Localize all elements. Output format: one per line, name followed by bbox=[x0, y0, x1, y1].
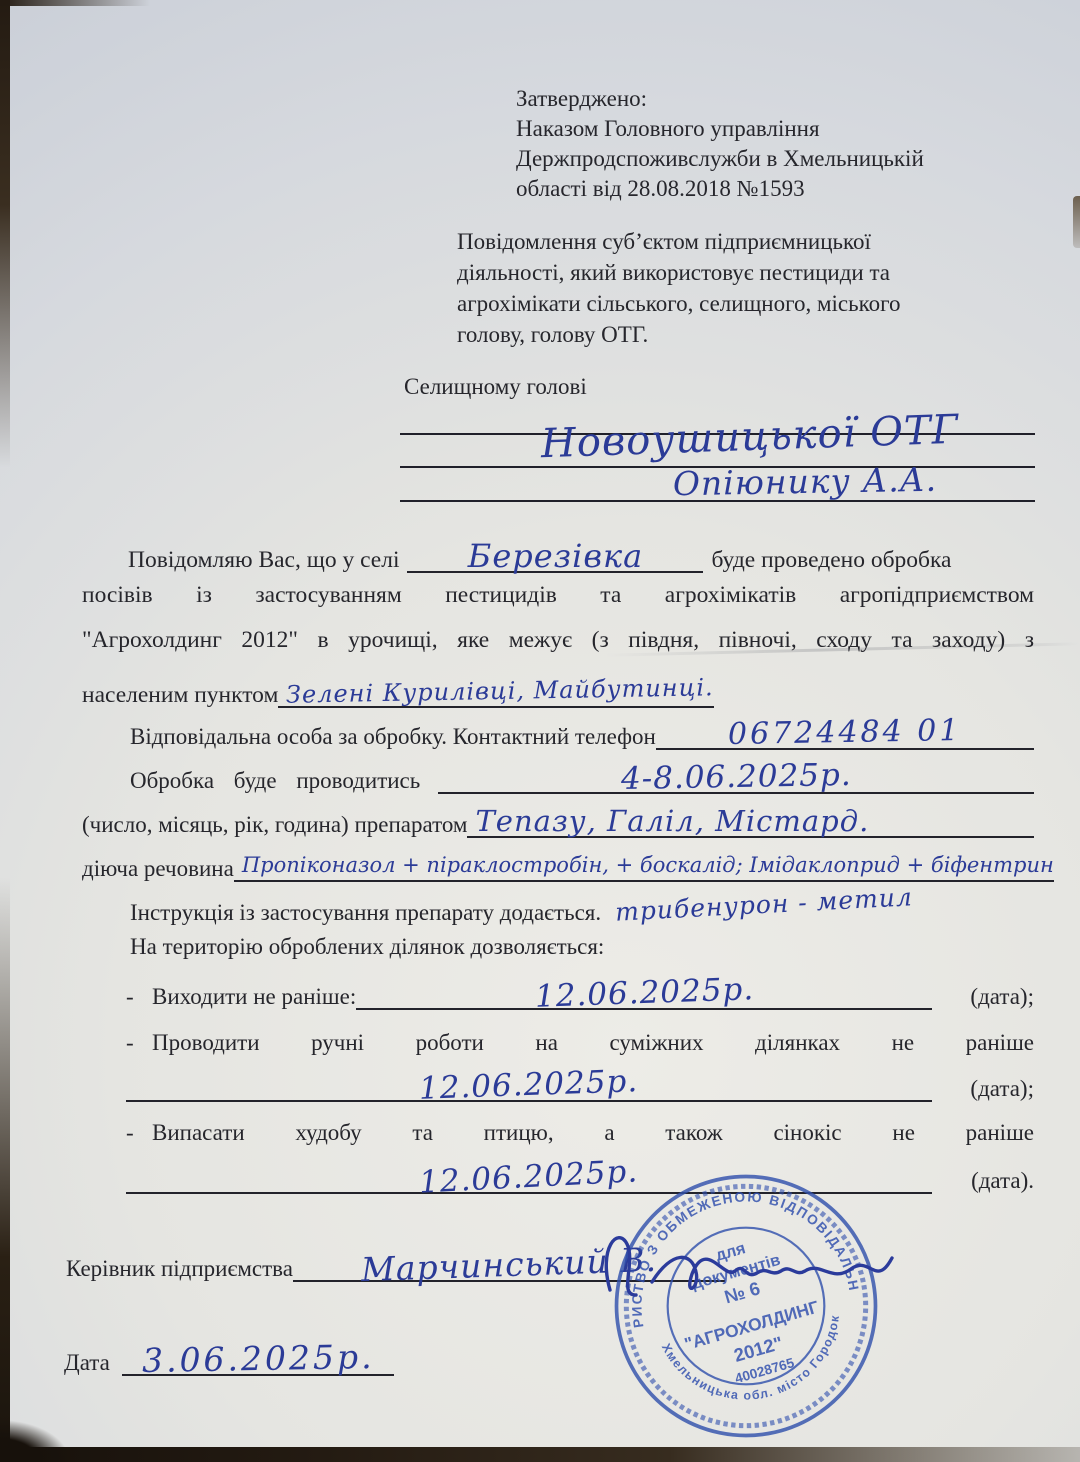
phone-handwriting: 06724484 01 bbox=[728, 716, 962, 750]
rule-2-blank: 12.06.2025р. bbox=[126, 1060, 932, 1102]
rule-row-3b: 12.06.2025р. (дата). bbox=[82, 1152, 1034, 1194]
rule-3-suffix: (дата). bbox=[932, 1168, 1034, 1194]
village-handwriting: Березівка bbox=[468, 541, 643, 571]
substance-handwriting: Пропіконазол + піраклостробін, + боскалі… bbox=[242, 850, 1054, 880]
bullet-dash: - bbox=[126, 984, 152, 1010]
paragraph-line-1: Повідомляю Вас, що у селі Березівка буде… bbox=[82, 528, 1034, 573]
period-row: Обробка буде проводитись 4-8.06.2025р. bbox=[82, 752, 1034, 794]
substance-row: діюча речовина Пропіконазол + піраклостр… bbox=[82, 840, 1050, 882]
rule-1-text: Виходити не раніше: bbox=[152, 984, 356, 1010]
main-paragraph: Повідомляю Вас, що у селі Березівка буде… bbox=[82, 528, 1034, 708]
date-blank: 3.06.2025р. bbox=[122, 1334, 394, 1376]
paragraph-text: Повідомляю Вас, що у селі bbox=[82, 547, 399, 573]
signature-svg bbox=[594, 1210, 900, 1326]
photo-edge-top bbox=[0, 0, 150, 6]
instruction-handwriting: трибенурон - метил bbox=[615, 882, 914, 928]
approval-line: Наказом Головного управління bbox=[516, 114, 924, 144]
subject-line: голову, голову ОТГ. bbox=[457, 319, 900, 350]
substance-blank: Пропіконазол + піраклостробін, + боскалі… bbox=[234, 840, 1054, 882]
rule-row-3a: - Випасати худобу та птицю, а також сіно… bbox=[82, 1104, 1034, 1146]
head-label: Керівник підприємства bbox=[66, 1256, 293, 1282]
subject-line: агрохімікати сільського, селищного, місь… bbox=[457, 288, 900, 319]
allowed-label: На територію оброблених ділянок дозволяє… bbox=[130, 932, 604, 962]
phone-blank: 06724484 01 bbox=[656, 708, 1034, 750]
date-row: Дата 3.06.2025р. bbox=[64, 1334, 394, 1376]
paragraph-text: населеним пунктом bbox=[82, 682, 278, 708]
paragraph-line-4: населеним пунктом Зелені Курилівці, Майб… bbox=[82, 663, 1034, 708]
period-handwriting: 4-8.06.2025р. bbox=[621, 760, 852, 794]
approval-block: Затверджено: Наказом Головного управлінн… bbox=[516, 84, 924, 204]
contact-label: Відповідальна особа за обробку. Контактн… bbox=[130, 724, 656, 750]
settlements-blank: Зелені Курилівці, Майбутинці. bbox=[278, 666, 714, 708]
instruction-label: Інструкція із застосування препарату дод… bbox=[130, 900, 601, 926]
paragraph-text: буде проведено обробка bbox=[711, 547, 951, 573]
approval-line: Держпродспоживслужби в Хмельницькій bbox=[516, 144, 924, 174]
addressee-label: Селищному голові bbox=[404, 372, 587, 402]
instruction-row: Інструкція із застосування препарату дод… bbox=[82, 884, 1034, 926]
signature-path bbox=[606, 1238, 892, 1295]
director-signature bbox=[594, 1210, 900, 1326]
rule-2-text: Проводити ручні роботи на суміжних ділян… bbox=[152, 1030, 1034, 1056]
contact-row: Відповідальна особа за обробку. Контактн… bbox=[82, 708, 1034, 750]
rule-row-1: - Виходити не раніше: 12.06.2025р. (дата… bbox=[82, 968, 1034, 1010]
paragraph-line-3: "Агрохолдинг 2012" в урочищі, яке межує … bbox=[82, 618, 1034, 663]
rule-2-suffix: (дата); bbox=[932, 1076, 1034, 1102]
datetime-note-label: (число, місяць, рік, година) препаратом bbox=[82, 812, 467, 838]
approval-line: Затверджено: bbox=[516, 84, 924, 114]
settlements-handwriting: Зелені Курилівці, Майбутинці. bbox=[286, 672, 714, 709]
date-label: Дата bbox=[64, 1350, 110, 1376]
period-label: Обробка буде проводитись bbox=[130, 768, 420, 794]
bullet-dash: - bbox=[126, 1120, 152, 1146]
rule-row-2a: - Проводити ручні роботи на суміжних діл… bbox=[82, 1014, 1034, 1056]
photo-edge-left bbox=[0, 0, 10, 1462]
addressee-handwriting-name: Опіюнику А.А. bbox=[640, 459, 971, 504]
approval-line: області від 28.08.2018 №1593 bbox=[516, 174, 924, 204]
rule-1-date-handwriting: 12.06.2025р. bbox=[534, 974, 754, 1012]
subject-line: діяльності, який використовує пестициди … bbox=[457, 257, 900, 288]
village-blank: Березівка bbox=[407, 531, 703, 573]
rule-2-date-handwriting: 12.06.2025р. bbox=[419, 1066, 639, 1104]
date-handwriting: 3.06.2025р. bbox=[141, 1342, 374, 1376]
rule-row-2b: 12.06.2025р. (дата); bbox=[82, 1060, 1034, 1102]
period-blank: 4-8.06.2025р. bbox=[438, 752, 1034, 794]
bullet-dash: - bbox=[126, 1030, 152, 1056]
preparation-blank: Тепазу, Галіл, Містард. bbox=[467, 796, 1034, 838]
photo-edge-right-mark bbox=[1073, 196, 1080, 248]
paragraph-line-2: посівів із застосуванням пестицидів та а… bbox=[82, 573, 1034, 618]
scanned-document-photo: Затверджено: Наказом Головного управлінн… bbox=[0, 0, 1080, 1462]
preparation-handwriting: Тепазу, Галіл, Містард. bbox=[475, 806, 869, 836]
preparation-row: (число, місяць, рік, година) препаратом … bbox=[82, 796, 1034, 838]
rule-1-blank: 12.06.2025р. bbox=[356, 968, 932, 1010]
rule-3-text: Випасати худобу та птицю, а також сінокі… bbox=[152, 1120, 1034, 1146]
subject-block: Повідомлення суб’єктом підприємницької д… bbox=[457, 226, 900, 350]
photo-edge-bottom bbox=[0, 1447, 1080, 1462]
photo-corner-bottom-left bbox=[0, 1420, 70, 1462]
subject-line: Повідомлення суб’єктом підприємницької bbox=[457, 226, 900, 257]
substance-label: діюча речовина bbox=[82, 856, 234, 882]
rule-1-suffix: (дата); bbox=[932, 984, 1034, 1010]
